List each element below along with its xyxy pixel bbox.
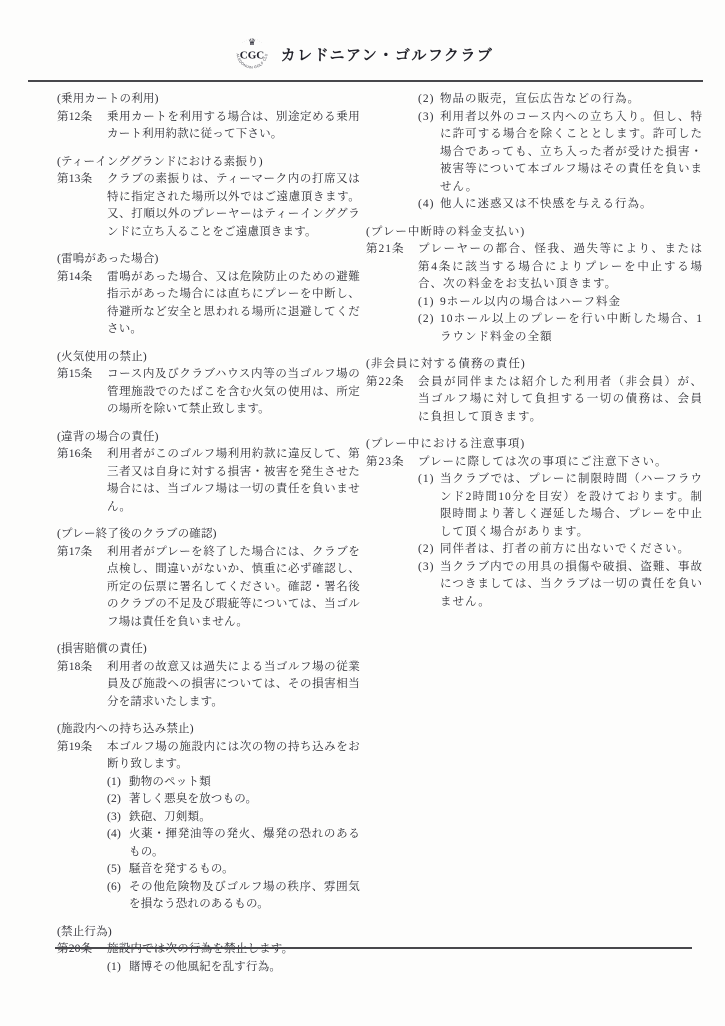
item-text: 当クラブ内での用具の損傷や破損、盗難、事故につきましては、当クラブは一切の責任を… (440, 559, 703, 612)
article-number: 第16条 (57, 446, 107, 516)
article-item: (6)その他危険物及びゴルフ場の秩序、雰囲気を損なう恐れのあるもの。 (57, 879, 360, 914)
item-number: (2) (418, 541, 440, 559)
article-item: (1)9ホール以内の場合はハーフ料金 (366, 294, 703, 312)
item-number: (3) (107, 809, 129, 827)
item-number: (1) (107, 774, 129, 792)
item-text: 同伴者は、打者の前方に出ないでください。 (440, 541, 703, 559)
article-row: 第12条乗用カートを利用する場合は、別途定める乗用カート利用約款に従って下さい。 (57, 109, 360, 144)
article-section: (非会員に対する債務の責任)第22条会員が同伴または紹介した利用者（非会員）が、… (366, 356, 703, 426)
article-item: (4)火薬・揮発油等の発火、爆発の恐れのあるもの。 (57, 826, 360, 861)
cgc-monogram: CGC (239, 50, 264, 62)
section-heading: (火気使用の禁止) (57, 349, 360, 367)
article-item: (2)物品の販売，宣伝広告などの行為。 (366, 91, 703, 109)
article-section: (乗用カートの利用)第12条乗用カートを利用する場合は、別途定める乗用カート利用… (57, 91, 360, 144)
article-number: 第20条 (57, 941, 107, 959)
article-row: 第20条施設内では次の行為を禁止します。 (57, 941, 360, 959)
section-heading: (違背の場合の責任) (57, 429, 360, 447)
article-item: (4)他人に迷惑又は不快感を与える行為。 (366, 196, 703, 214)
item-text: 著しく悪臭を放つもの。 (129, 791, 360, 809)
item-text: 動物のペット類 (129, 774, 360, 792)
section-heading: (雷鳴があった場合) (57, 251, 360, 269)
article-text: 利用者の故意又は過失による当ゴルフ場の従業員及び施設への損害については、その損害… (107, 659, 360, 712)
item-number: (2) (418, 311, 440, 346)
article-item: (2)著しく悪臭を放つもの。 (57, 791, 360, 809)
club-crest-icon: ♛ CGC CALEDONIAN GOLF CLUB · · · · · · ·… (232, 33, 272, 75)
item-number: (3) (418, 109, 440, 197)
article-number: 第22条 (366, 374, 418, 427)
item-number: (4) (418, 196, 440, 214)
section-heading: (プレー中における注意事項) (366, 436, 703, 454)
article-row: 第13条クラブの素振りは、ティーマーク内の打席又は特に指定された場所以外ではご遠… (57, 171, 360, 241)
section-heading: (乗用カートの利用) (57, 91, 360, 109)
article-number: 第12条 (57, 109, 107, 144)
item-number: (1) (418, 471, 440, 541)
article-row: 第22条会員が同伴または紹介した利用者（非会員）が、当ゴルフ場に対して負担する一… (366, 374, 703, 427)
section-heading: (プレー中断時の料金支払い) (366, 224, 703, 242)
article-row: 第14条雷鳴があった場合、又は危険防止のための避難指示があった場合には直ちにプレ… (57, 269, 360, 339)
item-number: (3) (418, 559, 440, 612)
article-text: 本ゴルフ場の施設内には次の物の持ち込みをお断り致します。 (107, 739, 360, 774)
article-item: (3)当クラブ内での用具の損傷や破損、盗難、事故につきましては、当クラブは一切の… (366, 559, 703, 612)
article-item: (1)動物のペット類 (57, 774, 360, 792)
section-heading: (損害賠償の責任) (57, 641, 360, 659)
article-number: 第17条 (57, 544, 107, 632)
article-row: 第16条利用者がこのゴルフ場利用約款に違反して、第三者又は自身に対する損害・被害… (57, 446, 360, 516)
article-section: (火気使用の禁止)第15条コース内及びクラブハウス内等の当ゴルフ場の管理施設での… (57, 349, 360, 419)
article-item: (3)利用者以外のコース内への立ち入り。但し、特に許可する場合を除くこととします… (366, 109, 703, 197)
section-heading: (施設内への持ち込み禁止) (57, 721, 360, 739)
item-text: 物品の販売，宣伝広告などの行為。 (440, 91, 703, 109)
item-text: 当クラブでは、プレーに制限時間（ハーフラウンド2時間10分を目安）を設けておりま… (440, 471, 703, 541)
article-row: 第17条利用者がプレーを終了した場合には、クラブを点検し、間違いがないか、慎重に… (57, 544, 360, 632)
article-item: (3)鉄砲、刀剣類。 (57, 809, 360, 827)
item-text: 9ホール以内の場合はハーフ料金 (440, 294, 703, 312)
article-row: 第18条利用者の故意又は過失による当ゴルフ場の従業員及び施設への損害については、… (57, 659, 360, 712)
article-text: 利用者がこのゴルフ場利用約款に違反して、第三者又は自身に対する損害・被害を発生さ… (107, 446, 360, 516)
article-section: (ティーインググランドにおける素振り)第13条クラブの素振りは、ティーマーク内の… (57, 154, 360, 242)
article-text: 乗用カートを利用する場合は、別途定める乗用カート利用約款に従って下さい。 (107, 109, 360, 144)
item-number: (2) (107, 791, 129, 809)
article-number: 第23条 (366, 454, 418, 472)
item-text: 利用者以外のコース内への立ち入り。但し、特に許可する場合を除くこととします。許可… (440, 109, 703, 197)
item-text: 10ホール以上のプレーを行い中断した場合、1ラウンド料金の全額 (440, 311, 703, 346)
section-heading: (プレー終了後のクラブの確認) (57, 526, 360, 544)
item-number: (2) (418, 91, 440, 109)
article-text: コース内及びクラブハウス内等の当ゴルフ場の管理施設でのたばこを含む火気の使用は、… (107, 366, 360, 419)
document-page: ♛ CGC CALEDONIAN GOLF CLUB · · · · · · ·… (0, 0, 725, 1026)
article-section: (損害賠償の責任)第18条利用者の故意又は過失による当ゴルフ場の従業員及び施設へ… (57, 641, 360, 711)
article-row: 第19条本ゴルフ場の施設内には次の物の持ち込みをお断り致します。 (57, 739, 360, 774)
article-text: クラブの素振りは、ティーマーク内の打席又は特に指定された場所以外ではご遠慮頂きま… (107, 171, 360, 241)
article-item: (2)10ホール以上のプレーを行い中断した場合、1ラウンド料金の全額 (366, 311, 703, 346)
article-row: 第23条プレーに際しては次の事項にご注意下さい。 (366, 454, 703, 472)
item-text: 騒音を発するもの。 (129, 861, 360, 879)
item-text: 他人に迷惑又は不快感を与える行為。 (440, 196, 703, 214)
article-section: (違背の場合の責任)第16条利用者がこのゴルフ場利用約款に違反して、第三者又は自… (57, 429, 360, 517)
article-text: 会員が同伴または紹介した利用者（非会員）が、当ゴルフ場に対して負担する一切の債務… (418, 374, 703, 427)
left-column: (乗用カートの利用)第12条乗用カートを利用する場合は、別途定める乗用カート利用… (57, 91, 360, 986)
section-heading: (非会員に対する債務の責任) (366, 356, 703, 374)
item-number: (4) (107, 826, 129, 861)
item-text: その他危険物及びゴルフ場の秩序、雰囲気を損なう恐れのあるもの。 (129, 879, 360, 914)
article-number: 第19条 (57, 739, 107, 774)
article-text: プレーに際しては次の事項にご注意下さい。 (418, 454, 703, 472)
article-row: 第21条プレーヤーの都合、怪我、過失等により、または第4条に該当する場合によりプ… (366, 241, 703, 294)
item-text: 鉄砲、刀剣類。 (129, 809, 360, 827)
page-header: ♛ CGC CALEDONIAN GOLF CLUB · · · · · · ·… (0, 33, 725, 75)
article-text: プレーヤーの都合、怪我、過失等により、または第4条に該当する場合によりプレーを中… (418, 241, 703, 294)
article-section: (禁止行為)第20条施設内では次の行為を禁止します。(1)賭博その他風紀を乱す行… (57, 924, 360, 977)
article-section: (施設内への持ち込み禁止)第19条本ゴルフ場の施設内には次の物の持ち込みをお断り… (57, 721, 360, 914)
item-number: (1) (418, 294, 440, 312)
article-number: 第18条 (57, 659, 107, 712)
club-name: カレドニアン・ゴルフクラブ (281, 44, 494, 65)
header-divider (28, 80, 703, 82)
item-text: 賭博その他風紀を乱す行為。 (129, 959, 360, 977)
section-heading: (禁止行為) (57, 924, 360, 942)
item-number: (6) (107, 879, 129, 914)
article-section: (プレー中断時の料金支払い)第21条プレーヤーの都合、怪我、過失等により、または… (366, 224, 703, 347)
article-text: 施設内では次の行為を禁止します。 (107, 941, 360, 959)
article-section: (2)物品の販売，宣伝広告などの行為。(3)利用者以外のコース内への立ち入り。但… (366, 91, 703, 214)
article-item: (2)同伴者は、打者の前方に出ないでください。 (366, 541, 703, 559)
item-number: (1) (107, 959, 129, 977)
article-text: 雷鳴があった場合、又は危険防止のための避難指示があった場合には直ちにプレーを中断… (107, 269, 360, 339)
footer-divider (55, 947, 692, 949)
item-number: (5) (107, 861, 129, 879)
article-item: (1)当クラブでは、プレーに制限時間（ハーフラウンド2時間10分を目安）を設けて… (366, 471, 703, 541)
article-number: 第21条 (366, 241, 418, 294)
article-number: 第14条 (57, 269, 107, 339)
article-number: 第13条 (57, 171, 107, 241)
article-row: 第15条コース内及びクラブハウス内等の当ゴルフ場の管理施設でのたばこを含む火気の… (57, 366, 360, 419)
article-section: (雷鳴があった場合)第14条雷鳴があった場合、又は危険防止のための避難指示があっ… (57, 251, 360, 339)
article-section: (プレー終了後のクラブの確認)第17条利用者がプレーを終了した場合には、クラブを… (57, 526, 360, 631)
item-text: 火薬・揮発油等の発火、爆発の恐れのあるもの。 (129, 826, 360, 861)
article-section: (プレー中における注意事項)第23条プレーに際しては次の事項にご注意下さい。(1… (366, 436, 703, 611)
article-number: 第15条 (57, 366, 107, 419)
section-heading: (ティーインググランドにおける素振り) (57, 154, 360, 172)
right-column: (2)物品の販売，宣伝広告などの行為。(3)利用者以外のコース内への立ち入り。但… (366, 91, 703, 621)
article-item: (5)騒音を発するもの。 (57, 861, 360, 879)
article-text: 利用者がプレーを終了した場合には、クラブを点検し、間違いがないか、慎重に必ず確認… (107, 544, 360, 632)
article-item: (1)賭博その他風紀を乱す行為。 (57, 959, 360, 977)
